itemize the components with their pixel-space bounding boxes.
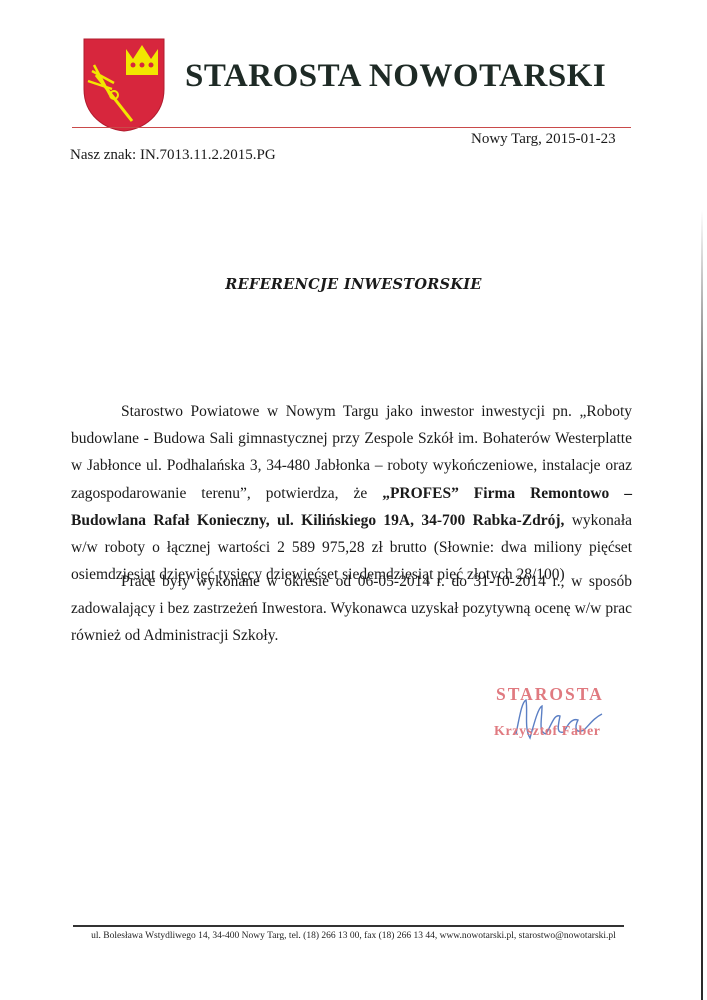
coat-of-arms-icon [82,37,166,133]
signature-name: Krzysztof Faber [494,724,601,740]
signature-stamp: STAROSTA Krzysztof Faber [488,684,618,754]
footer-divider [73,925,624,927]
letterhead-divider [72,127,631,128]
place-and-date: Nowy Targ, 2015-01-23 [471,131,616,148]
footer-contact: ul. Bolesława Wstydliwego 14, 34-400 Now… [0,931,707,941]
document-title: REFERENCJE INWESTORSKIE [0,276,707,293]
letterhead-title: STAROSTA NOWOTARSKI [185,58,606,95]
paragraph-confirmation: Starostwo Powiatowe w Nowym Targu jako i… [71,398,632,588]
paragraph-period-text: Prace były wykonane w okresie od 06-05-2… [71,573,632,644]
reference-number: Nasz znak: IN.7013.11.2.2015.PG [70,147,276,164]
paragraph-period: Prace były wykonane w okresie od 06-05-2… [71,568,632,650]
scan-edge-shadow [701,210,703,1000]
